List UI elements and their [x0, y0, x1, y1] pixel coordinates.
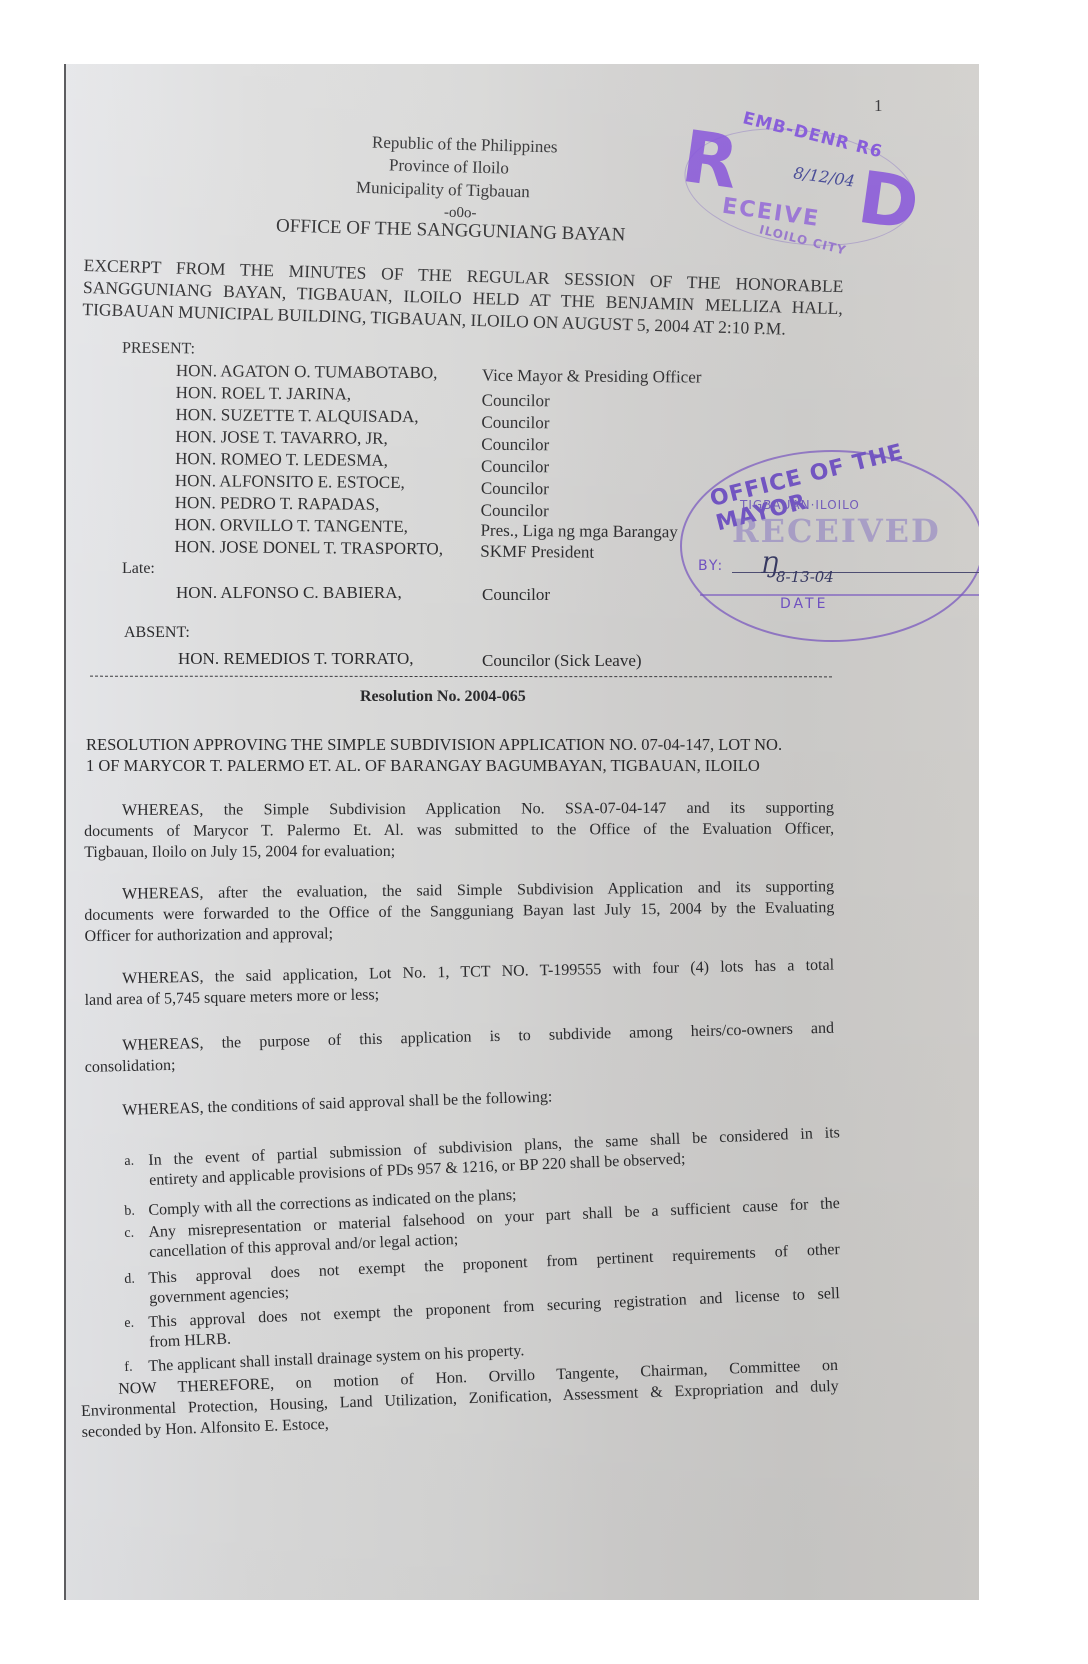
stamp-date-label: DATE: [780, 596, 828, 612]
whereas-clause: WHEREAS, after the evaluation, the said …: [84, 876, 835, 947]
attendee-name: HON. ORVILLO T. TANGENTE,: [174, 514, 408, 538]
stamp-letter-d: D: [854, 161, 923, 241]
condition-letter: b.: [124, 1202, 135, 1222]
whereas-clause: WHEREAS, the said application, Lot No. 1…: [84, 955, 835, 1011]
condition-letter: d.: [124, 1270, 135, 1290]
present-list: HON. AGATON O. TUMABOTABO,Vice Mayor & P…: [174, 360, 176, 558]
resolution-number: Resolution No. 2004-065: [360, 688, 526, 706]
header-municipality: Municipality of Tigbauan: [356, 177, 530, 204]
whereas-clause: WHEREAS, the purpose of this application…: [84, 1018, 835, 1078]
attendee-role: Councilor (Sick Leave): [482, 650, 642, 672]
section-divider: [90, 676, 832, 678]
resolution-title-line: 1 OF MARYCOR T. PALERMO ET. AL. OF BARAN…: [86, 755, 838, 776]
attendee-role: Councilor: [481, 434, 549, 456]
clause-line: documents of Marycor T. Palermo Et. Al. …: [84, 818, 834, 842]
attendee-name: HON. ROMEO T. LEDESMA,: [175, 448, 388, 471]
condition-letter: c.: [124, 1224, 135, 1244]
late-label: Late:: [122, 560, 155, 578]
attendee-role: Pres., Liga ng mga Barangay: [480, 520, 678, 543]
attendee-name: HON. SUZETTE T. ALQUISADA,: [175, 404, 418, 428]
attendee-name: HON. ALFONSO C. BABIERA,: [176, 582, 402, 604]
minutes-excerpt: EXCERPT FROM THE MINUTES OF THE REGULAR …: [82, 254, 844, 341]
header-province: Province of Iloilo: [389, 154, 509, 179]
attendee-role: Councilor: [482, 584, 550, 606]
resolution-title-line: RESOLUTION APPROVING THE SIMPLE SUBDIVIS…: [86, 734, 838, 755]
clause-line: Tigbauan, Iloilo on July 15, 2004 for ev…: [84, 839, 834, 863]
present-label: PRESENT:: [122, 340, 195, 359]
whereas-clause: WHEREAS, the Simple Subdivision Applicat…: [84, 797, 834, 863]
resolution-title: RESOLUTION APPROVING THE SIMPLE SUBDIVIS…: [86, 734, 838, 776]
condition-letter: f.: [124, 1358, 133, 1378]
attendee-role: Councilor: [481, 478, 549, 500]
condition-letter: e.: [124, 1314, 135, 1334]
attendee-name: HON. ALFONSITO E. ESTOCE,: [175, 470, 405, 494]
emb-denr-received-stamp: EMB-DENR R6 R D ECEIVE 8/12/04 ILOILO CI…: [667, 105, 932, 264]
stamp-handwritten-date: 8-13-04: [776, 568, 834, 586]
attendee-name: HON. JOSE DONEL T. TRASPORTO,: [174, 536, 443, 560]
attendee-name: HON. ROEL T. JARINA,: [176, 382, 352, 405]
attendee-role: Councilor: [481, 412, 549, 434]
attendee-role: SKMF President: [480, 541, 594, 563]
attendee-name: HON. JOSE T. TAVARRO, JR,: [175, 426, 388, 449]
stamp-by-label: BY:: [698, 558, 724, 574]
stamp-date-line: [700, 594, 979, 596]
attendee-name: HON. AGATON O. TUMABOTABO,: [176, 360, 438, 384]
attendee-role: Councilor: [481, 456, 549, 478]
attendee-role: Councilor: [482, 390, 550, 412]
attendee-name: HON. PEDRO T. RAPADAS,: [175, 492, 380, 515]
stamp-received-text: RECEIVED: [732, 512, 941, 550]
stamp-location: TIGBAUAN·ILOILO: [740, 498, 860, 512]
document-page: 1 Republic of the Philippines Province o…: [64, 64, 979, 1600]
absent-label: ABSENT:: [124, 624, 190, 642]
clause-line: WHEREAS, the conditions of said approval…: [122, 1077, 842, 1121]
mayor-office-received-stamp: OFFICE OF THE MAYOR TIGBAUAN·ILOILO RECE…: [680, 450, 950, 640]
clause-line: WHEREAS, the Simple Subdivision Applicat…: [84, 797, 834, 821]
attendee-role: Vice Mayor & Presiding Officer: [482, 365, 702, 388]
whereas-clause: WHEREAS, the conditions of said approval…: [122, 1077, 842, 1121]
attendee-role: Councilor: [481, 500, 549, 522]
page-number: 1: [874, 96, 883, 116]
header-office: OFFICE OF THE SANGGUNIANG BAYAN: [276, 215, 626, 246]
attendee-name: HON. REMEDIOS T. TORRATO,: [178, 648, 414, 670]
stamp-letter-r: R: [678, 120, 743, 199]
condition-letter: a.: [124, 1152, 135, 1172]
